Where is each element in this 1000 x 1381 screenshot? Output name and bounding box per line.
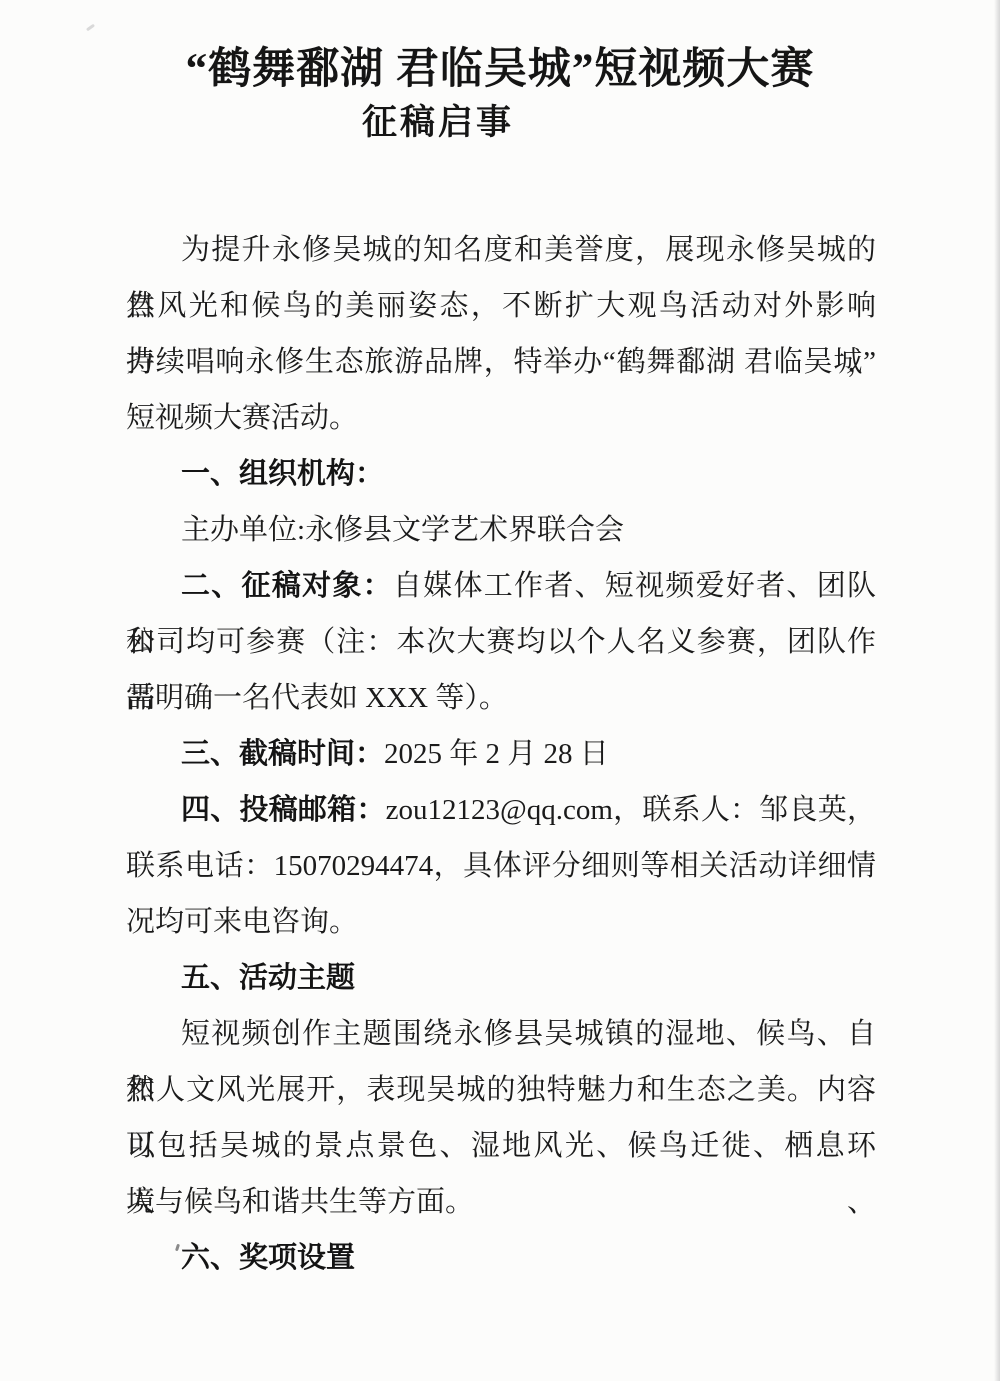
section-5-line-1: 短视频创作主题围绕永修县吴城镇的湿地、候鸟、自然 (126, 1006, 876, 1062)
heading-text: 三、截稿时间： (181, 738, 384, 770)
document-body: 为提升永修吴城的知名度和美誉度，展现永修吴城的自 然风光和候鸟的美丽姿态，不断扩… (126, 222, 876, 1286)
section-2-line-2: 公司均可参赛（注：本次大赛均以个人名义参赛，团队作品 (126, 614, 876, 670)
heading-text: 五、活动主题 (181, 962, 355, 994)
intro-line-4: 短视频大赛活动。 (126, 390, 876, 446)
section-4-line-3: 况均可来电咨询。 (126, 894, 876, 950)
intro-line-3: 持续唱响永修生态旅游品牌，特举办“鹤舞鄱湖 君临吴城” (126, 334, 876, 390)
section-5-line-3: 以包括吴城的景点景色、湿地风光、候鸟迁徙、栖息环境、 (126, 1118, 876, 1174)
email-contact-text: zou12123@qq.com，联系人：邹良英， (386, 794, 876, 826)
body-text: 需明确一名代表如 XXX 等）。 (126, 682, 508, 714)
section-2-heading-line: 二、征稿对象：自媒体工作者、短视频爱好者、团队和 (126, 558, 876, 614)
document-title: “鹤舞鄱湖 君临吴城”短视频大赛 征稿启事 (0, 40, 1000, 147)
title-line-2: 征稿启事 (0, 99, 938, 147)
section-4-line-2: 联系电话：15070294474，具体评分细则等相关活动详细情 (126, 838, 876, 894)
section-5-line-2: 和人文风光展开，表现吴城的独特魅力和生态之美。内容可 (126, 1062, 876, 1118)
title-line-1: “鹤舞鄱湖 君临吴城”短视频大赛 (0, 40, 1000, 99)
intro-line-1: 为提升永修吴城的知名度和美誉度，展现永修吴城的自 (126, 222, 876, 278)
organizer-line: 主办单位:永修县文学艺术界联合会 (126, 502, 876, 558)
body-text: 人与候鸟和谐共生等方面。 (126, 1186, 474, 1218)
intro-line-2: 然风光和候鸟的美丽姿态，不断扩大观鸟活动对外影响力， (126, 278, 876, 334)
heading-text: 四、投稿邮箱： (181, 794, 386, 826)
scan-artifact-speck (86, 24, 95, 32)
heading-text: 一、组织机构： (181, 458, 384, 490)
heading-text: 六、奖项设置 (181, 1242, 355, 1274)
section-3-heading-line: 三、截稿时间：2025 年 2 月 28 日 (126, 726, 876, 782)
phone-text: 联系电话：15070294474，具体评分细则等相关活动详细情 (126, 850, 876, 882)
section-2-line-3: 需明确一名代表如 XXX 等）。 (126, 670, 876, 726)
body-text: 短视频大赛活动。 (126, 402, 358, 434)
section-4-heading-line: 四、投稿邮箱：zou12123@qq.com，联系人：邹良英， (126, 782, 876, 838)
section-5-heading: 五、活动主题 (126, 950, 876, 1006)
body-text: 主办单位:永修县文学艺术界联合会 (181, 514, 624, 546)
section-1-heading: 一、组织机构： (126, 446, 876, 502)
deadline-text: 2025 年 2 月 28 日 (384, 738, 609, 770)
heading-text: 二、征稿对象： (181, 570, 393, 602)
section-6-heading: 六、奖项设置 (126, 1230, 876, 1286)
scanned-document-page: “鹤舞鄱湖 君临吴城”短视频大赛 征稿启事 为提升永修吴城的知名度和美誉度，展现… (0, 0, 1000, 1381)
body-text: 持续唱响永修生态旅游品牌，特举办“鹤舞鄱湖 君临吴城” (126, 346, 876, 378)
scan-page-edge (994, 0, 1000, 1381)
body-text: 况均可来电咨询。 (126, 906, 358, 938)
